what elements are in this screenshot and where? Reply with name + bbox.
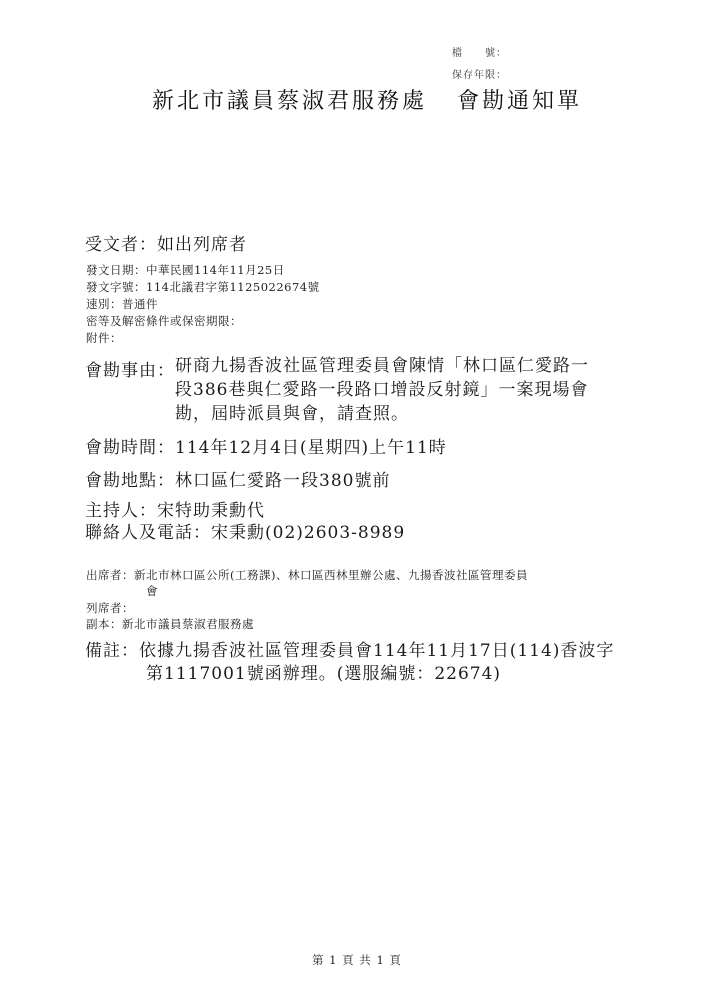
document-title: 新北市議員蔡淑君服務處會勘通知單 — [152, 84, 582, 115]
file-number-label: 檔 號： — [452, 44, 507, 59]
recipient-label: 受文者： — [85, 235, 157, 255]
subject-line: 勘，屆時派員與會，請查照。 — [175, 402, 589, 426]
subject-label: 會勘事由： — [85, 356, 175, 426]
inspection-time-label: 會勘時間： — [85, 438, 175, 458]
page-number: 第 1 頁 共 1 頁 — [312, 952, 402, 968]
speed-line: 速別：普通件 — [86, 296, 158, 312]
copy-label: 副本： — [86, 617, 122, 631]
remarks-value: 依據九揚香波社區管理委員會114年11月17日(114)香波字 — [139, 641, 614, 661]
remarks-label: 備註： — [85, 641, 139, 661]
organization-name: 新北市議員蔡淑君服務處 — [152, 89, 427, 114]
issue-number-value: 114北議君字第1125022674號 — [146, 280, 320, 294]
attendees-continuation: 會 — [146, 583, 158, 599]
recipient-line: 受文者：如出列席者 — [85, 230, 247, 255]
speed-value: 普通件 — [122, 297, 158, 311]
issue-date-label: 發文日期： — [86, 263, 146, 277]
copy-value: 新北市議員蔡淑君服務處 — [122, 617, 254, 631]
contact-value: 宋秉勳(02)2603-8989 — [211, 523, 405, 543]
subject-text: 研商九揚香波社區管理委員會陳情「林口區仁愛路一 段386巷與仁愛路一段路口增設反… — [175, 354, 589, 426]
inspection-place-label: 會勘地點： — [85, 471, 175, 491]
observers-label: 列席者： — [86, 600, 134, 616]
inspection-place-value: 林口區仁愛路一段380號前 — [175, 471, 390, 491]
copy-line: 副本：新北市議員蔡淑君服務處 — [86, 616, 254, 632]
subject-block: 會勘事由： 研商九揚香波社區管理委員會陳情「林口區仁愛路一 段386巷與仁愛路一… — [85, 356, 589, 426]
remarks-continuation: 第1117001號函辦理。(選服編號：22674) — [146, 659, 501, 684]
inspection-time-line: 會勘時間：114年12月4日(星期四)上午11時 — [85, 433, 447, 458]
attachment-label: 附件： — [86, 330, 122, 346]
speed-label: 速別： — [86, 297, 122, 311]
recipient-value: 如出列席者 — [157, 235, 247, 255]
attendees-line: 出席者：新北市林口區公所(工務課)、林口區西林里辦公處、九揚香波社區管理委員 — [86, 567, 528, 583]
issue-number-line: 發文字號：114北議君字第1125022674號 — [86, 279, 320, 295]
secrecy-label: 密等及解密條件或保密期限： — [86, 313, 242, 329]
attendees-value: 新北市林口區公所(工務課)、林口區西林里辦公處、九揚香波社區管理委員 — [134, 568, 528, 582]
inspection-place-line: 會勘地點：林口區仁愛路一段380號前 — [85, 466, 390, 491]
attendees-label: 出席者： — [86, 568, 134, 582]
subject-line: 段386巷與仁愛路一段路口增設反射鏡」一案現場會 — [175, 378, 589, 402]
document-type: 會勘通知單 — [457, 89, 582, 114]
subject-line: 研商九揚香波社區管理委員會陳情「林口區仁愛路一 — [175, 354, 589, 378]
remarks-line: 備註：依據九揚香波社區管理委員會114年11月17日(114)香波字 — [85, 636, 614, 661]
contact-label: 聯絡人及電話： — [85, 523, 211, 543]
issue-date-line: 發文日期：中華民國114年11月25日 — [86, 262, 285, 278]
inspection-time-value: 114年12月4日(星期四)上午11時 — [175, 438, 447, 458]
issue-date-value: 中華民國114年11月25日 — [146, 263, 285, 277]
issue-number-label: 發文字號： — [86, 280, 146, 294]
retention-period-label: 保存年限： — [452, 66, 507, 81]
contact-line: 聯絡人及電話：宋秉勳(02)2603-8989 — [85, 518, 405, 543]
